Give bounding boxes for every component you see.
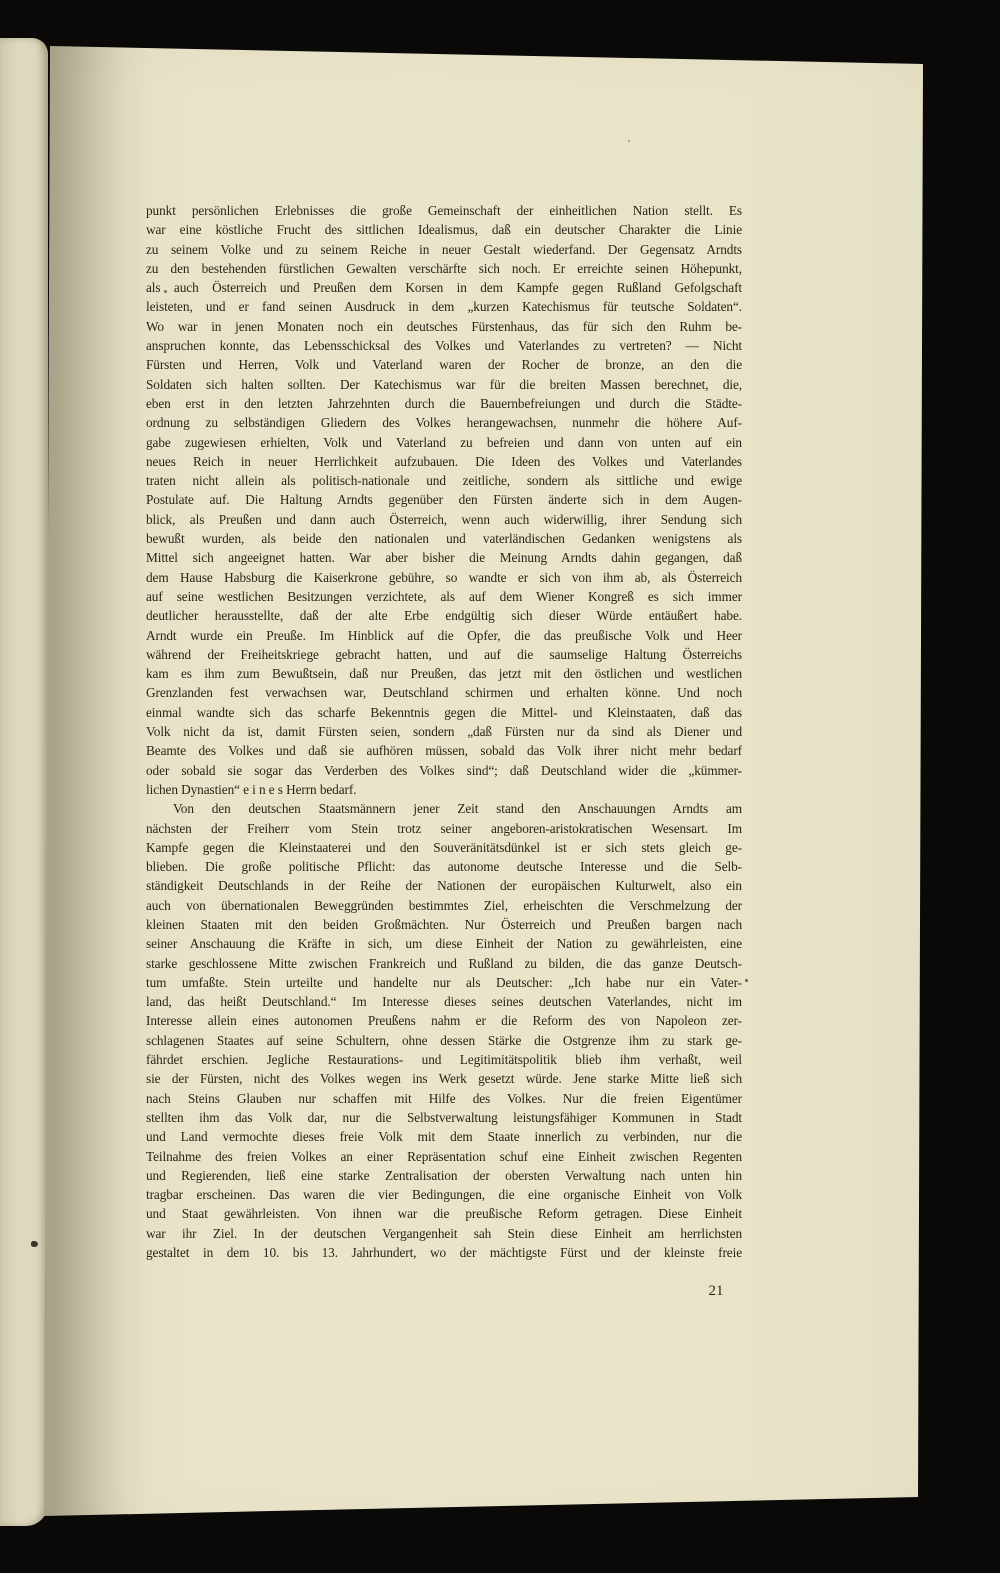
- dust-speck: [164, 290, 167, 293]
- text-line: Teilnahme des freien Volkes an einer Rep…: [146, 1147, 742, 1166]
- text-line: land, das heißt Deutschland.“ Im Interes…: [146, 992, 742, 1011]
- text-line: sie der Fürsten, nicht des Volkes wegen …: [146, 1069, 742, 1088]
- text-line: war eine köstliche Frucht des sittlichen…: [146, 220, 742, 239]
- dust-speck: [745, 979, 748, 982]
- text-line: während der Freiheitskriege gebracht hat…: [146, 645, 742, 664]
- text-line: Arndt wurde ein Preuße. Im Hinblick auf …: [146, 626, 742, 645]
- text-line: Postulate auf. Die Haltung Arndts gegenü…: [146, 490, 742, 509]
- text-line: zu seinem Volke und zu seinem Reiche in …: [146, 240, 742, 259]
- text-line: deutlicher herausstellte, daß der alte E…: [146, 606, 742, 625]
- text-line: als auch Österreich und Preußen dem Kors…: [146, 278, 742, 297]
- text-line: leisteten, und er fand seinen Ausdruck i…: [146, 297, 742, 316]
- text-line: Beamte des Volkes und daß sie aufhören m…: [146, 741, 742, 760]
- text-line: ordnung zu selbständigen Gliedern des Vo…: [146, 413, 742, 432]
- body-text-block: punkt persönlichen Erlebnisses die große…: [146, 201, 742, 1262]
- text-line: kam es ihm zum Bewußtsein, daß nur Preuß…: [146, 664, 742, 683]
- text-line: auch von übernationalen Beweggründen bes…: [146, 896, 742, 915]
- text-line: und Regierenden, ließ eine starke Zentra…: [146, 1166, 742, 1185]
- text-line: Mittel sich angeeignet hatten. War aber …: [146, 548, 742, 567]
- text-line: stellten ihm das Volk dar, nur die Selbs…: [146, 1108, 742, 1127]
- text-line: und Land vermochte dieses freie Volk mit…: [146, 1127, 742, 1146]
- text-line: Soldaten sich halten sollten. Der Katech…: [146, 375, 742, 394]
- text-line: und Staat gewährleisten. Von ihnen war d…: [146, 1204, 742, 1223]
- text-line: tragbar erscheinen. Das waren die vier B…: [146, 1185, 742, 1204]
- text-line: eben erst in den letzten Jahrzehnten dur…: [146, 394, 742, 413]
- text-line: blieben. Die große politische Pflicht: d…: [146, 857, 742, 876]
- text-line: einmal wandte sich das scharfe Bekenntni…: [146, 703, 742, 722]
- text-line: Interesse allein eines autonomen Preußen…: [146, 1011, 742, 1030]
- previous-page-edge: [0, 38, 48, 1526]
- text-line: gabe zugewiesen erhielten, Volk und Vate…: [146, 433, 742, 452]
- text-line: Kampfe gegen die Kleinstaaterei und den …: [146, 838, 742, 857]
- scanned-book-photo: punkt persönlichen Erlebnisses die große…: [0, 0, 1000, 1573]
- text-line: schlagenen Staates auf seine Schultern, …: [146, 1031, 742, 1050]
- text-line: neues Reich in neuer Herrlichkeit aufzub…: [146, 452, 742, 471]
- text-line: war ihr Ziel. In der deutschen Vergangen…: [146, 1224, 742, 1243]
- text-line: tum umfaßte. Stein urteilte und handelte…: [146, 973, 742, 992]
- text-line: seiner Anschauung die Kräfte in sich, um…: [146, 934, 742, 953]
- text-line: lichen Dynastien“ e i n e s Herrn bedarf…: [146, 780, 742, 799]
- text-line: fährdet erschien. Jegliche Restaurations…: [146, 1050, 742, 1069]
- dust-speck: [628, 140, 630, 142]
- text-line: nächsten der Freiherr vom Stein trotz se…: [146, 819, 742, 838]
- page-number: 21: [686, 1283, 746, 1300]
- text-line: kleinen Staaten mit den beiden Großmächt…: [146, 915, 742, 934]
- margin-mark: [31, 1241, 38, 1247]
- text-line: zu den bestehenden fürstlichen Gewalten …: [146, 259, 742, 278]
- text-line: oder sobald sie sogar das Verderben des …: [146, 761, 742, 780]
- text-line: Volk nicht da ist, damit Fürsten seien, …: [146, 722, 742, 741]
- text-line: ständigkeit Deutschlands in der Reihe de…: [146, 876, 742, 895]
- text-line: Grenzlanden fest verwachsen war, Deutsch…: [146, 683, 742, 702]
- text-line: auf seine westlichen Besitzungen verzich…: [146, 587, 742, 606]
- text-line: Fürsten und Herren, Volk und Vaterland w…: [146, 355, 742, 374]
- text-line: Wo war in jenen Monaten noch ein deutsch…: [146, 317, 742, 336]
- text-line: traten nicht allein als politisch-nation…: [146, 471, 742, 490]
- text-line: dem Hause Habsburg die Kaiserkrone gebüh…: [146, 568, 742, 587]
- text-line: nach Steins Glauben nur schaffen mit Hil…: [146, 1089, 742, 1108]
- text-line: punkt persönlichen Erlebnisses die große…: [146, 201, 742, 220]
- text-line: blick, als Preußen und dann auch Österre…: [146, 510, 742, 529]
- text-line: bewußt wurden, als beide den nationalen …: [146, 529, 742, 548]
- text-line: gestaltet in dem 10. bis 13. Jahrhundert…: [146, 1243, 742, 1262]
- text-line: starke geschlossene Mitte zwischen Frank…: [146, 954, 742, 973]
- text-line: Von den deutschen Staatsmännern jener Ze…: [146, 799, 742, 818]
- text-line: anspruchen konnte, das Lebensschicksal d…: [146, 336, 742, 355]
